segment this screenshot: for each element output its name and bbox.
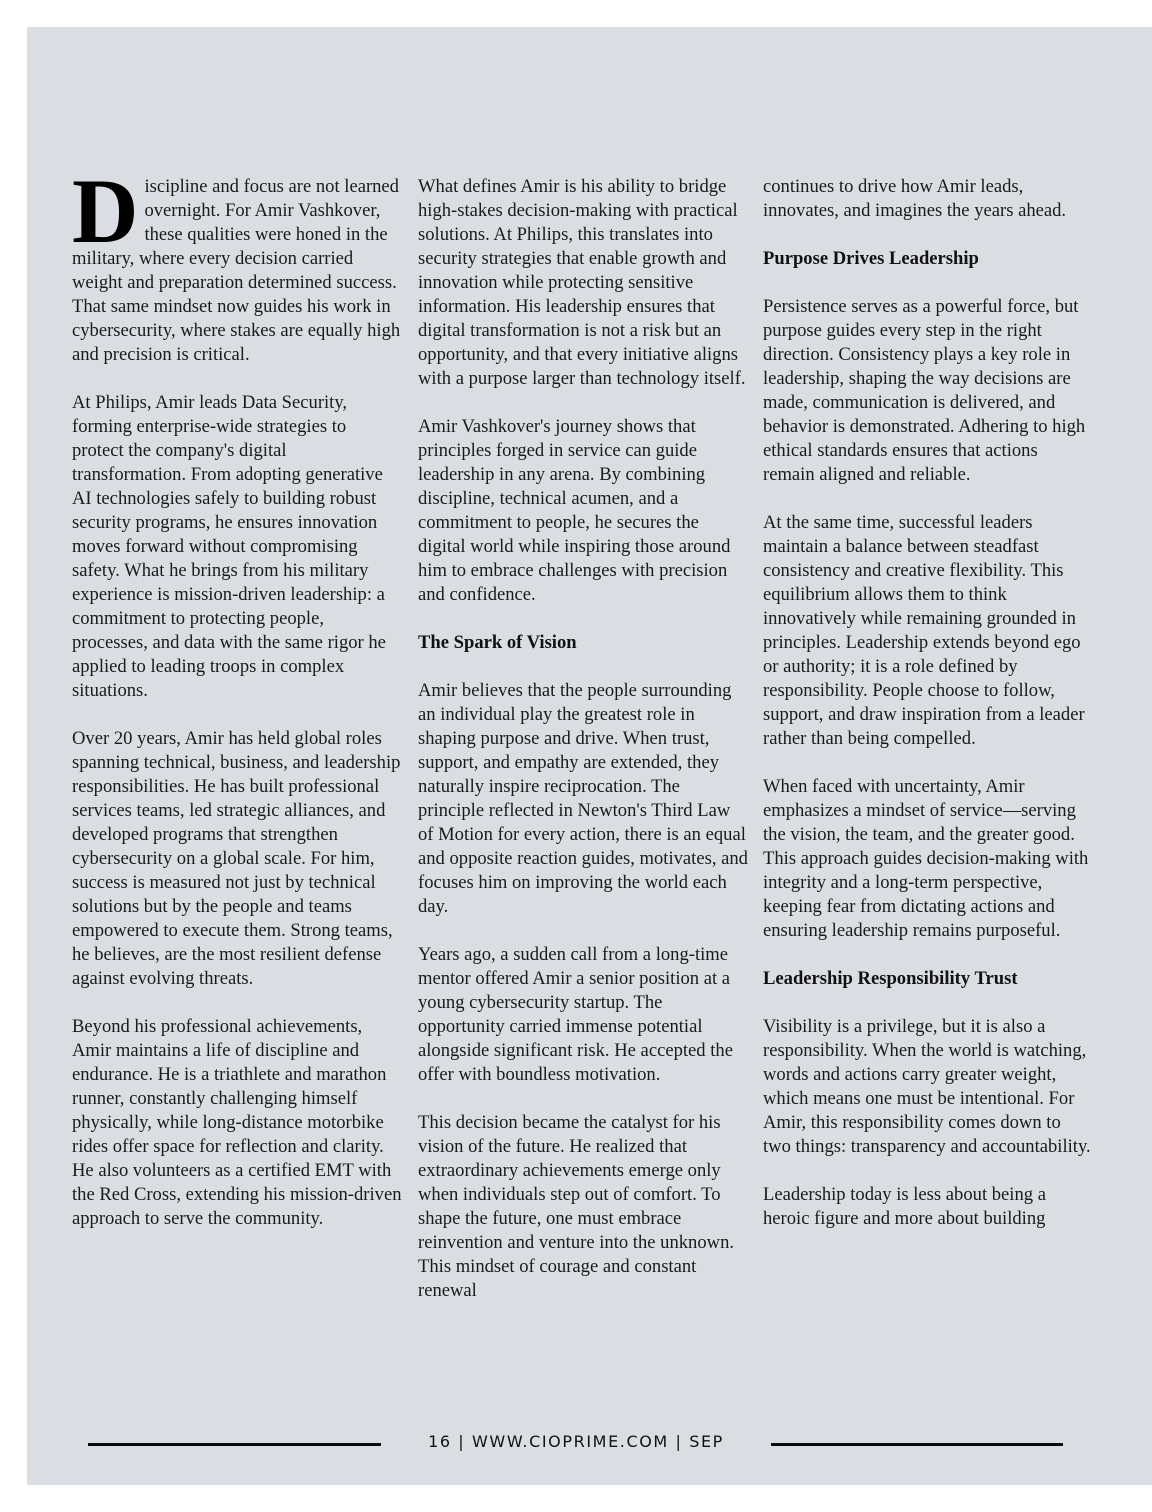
paragraph: This decision became the catalyst for hi… — [418, 1111, 748, 1303]
section-heading: The Spark of Vision — [418, 631, 748, 655]
paragraph: At the same time, successful leaders mai… — [763, 511, 1093, 751]
paragraph: continues to drive how Amir leads, innov… — [763, 175, 1093, 223]
paragraph: Leadership today is less about being a h… — [763, 1183, 1093, 1231]
article-column-3: continues to drive how Amir leads, innov… — [763, 175, 1093, 1255]
paragraph: Amir believes that the people surroundin… — [418, 679, 748, 919]
section-heading: Leadership Responsibility Trust — [763, 967, 1093, 991]
paragraph: Amir Vashkover's journey shows that prin… — [418, 415, 748, 607]
magazine-page: Discipline and focus are not learned ove… — [27, 27, 1152, 1485]
section-heading: Purpose Drives Leadership — [763, 247, 1093, 271]
drop-cap: D — [72, 177, 138, 245]
paragraph: Years ago, a sudden call from a long-tim… — [418, 943, 748, 1087]
paragraph: Over 20 years, Amir has held global role… — [72, 727, 402, 991]
paragraph: At Philips, Amir leads Data Security, fo… — [72, 391, 402, 703]
paragraph: Discipline and focus are not learned ove… — [72, 175, 402, 367]
paragraph: Visibility is a privilege, but it is als… — [763, 1015, 1093, 1159]
footer-rule-left — [88, 1443, 381, 1446]
paragraph: Beyond his professional achievements, Am… — [72, 1015, 402, 1231]
paragraph: Persistence serves as a powerful force, … — [763, 295, 1093, 487]
paragraph: What defines Amir is his ability to brid… — [418, 175, 748, 391]
page-footer: 16 | WWW.CIOPRIME.COM | SEP — [27, 1423, 1152, 1463]
paragraph: When faced with uncertainty, Amir emphas… — [763, 775, 1093, 943]
article-column-1: Discipline and focus are not learned ove… — [72, 175, 402, 1255]
footer-page-info: 16 | WWW.CIOPRIME.COM | SEP — [381, 1432, 771, 1451]
article-column-2: What defines Amir is his ability to brid… — [418, 175, 748, 1327]
footer-rule-right — [771, 1443, 1063, 1446]
